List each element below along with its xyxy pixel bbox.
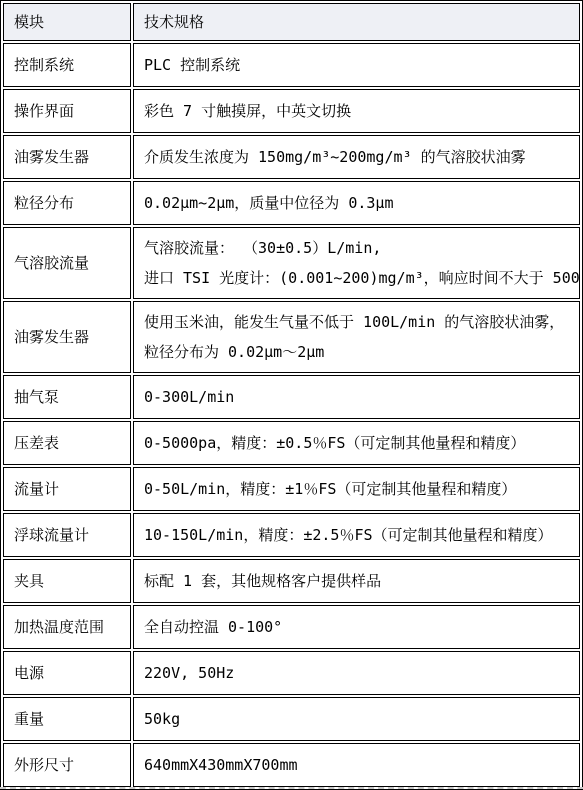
spec-line: 气溶胶流量： （30±0.5）L/min, <box>144 233 569 263</box>
spec-line: 进口 TSI 光度计：(0.001~200)mg/m³，响应时间不大于 500m… <box>144 263 569 293</box>
spec-line: 介质发生浓度为 150mg/m³~200mg/m³ 的气溶胶状油雾 <box>144 146 569 169</box>
module-cell: 粒径分布 <box>3 181 131 225</box>
table-row: 操作界面彩色 7 寸触摸屏，中英文切换 <box>3 89 580 133</box>
module-cell: 油雾发生器 <box>3 135 131 179</box>
module-cell: 浮球流量计 <box>3 513 131 557</box>
table-row: 重量50kg <box>3 697 580 741</box>
spec-line: 0-50L/min，精度：±1％FS（可定制其他量程和精度） <box>144 478 569 501</box>
spec-cell: 标配 1 套，其他规格客户提供样品 <box>133 559 580 603</box>
spec-line: 使用玉米油，能发生气量不低于 100L/min 的气溶胶状油雾， <box>144 307 569 337</box>
spec-line: 标配 1 套，其他规格客户提供样品 <box>144 570 569 593</box>
table-row: 浮球流量计10-150L/min，精度：±2.5％FS（可定制其他量程和精度） <box>3 513 580 557</box>
table-row: 控制系统PLC 控制系统 <box>3 43 580 87</box>
spec-line: 640mmX430mmX700mm <box>144 754 569 777</box>
module-cell: 操作界面 <box>3 89 131 133</box>
spec-table-body: 模块 技术规格 控制系统PLC 控制系统操作界面彩色 7 寸触摸屏，中英文切换油… <box>3 3 580 787</box>
module-cell: 流量计 <box>3 467 131 511</box>
spec-line: 50kg <box>144 708 569 731</box>
spec-cell: 气溶胶流量： （30±0.5）L/min,进口 TSI 光度计：(0.001~2… <box>133 227 580 299</box>
spec-line: PLC 控制系统 <box>144 54 569 77</box>
spec-line: 10-150L/min，精度：±2.5％FS（可定制其他量程和精度） <box>144 524 569 547</box>
header-spec-cell: 技术规格 <box>133 3 580 41</box>
spec-table: 模块 技术规格 控制系统PLC 控制系统操作界面彩色 7 寸触摸屏，中英文切换油… <box>0 0 583 790</box>
spec-cell: 50kg <box>133 697 580 741</box>
module-cell: 控制系统 <box>3 43 131 87</box>
table-row: 流量计0-50L/min，精度：±1％FS（可定制其他量程和精度） <box>3 467 580 511</box>
module-cell: 抽气泵 <box>3 375 131 419</box>
module-cell: 外形尺寸 <box>3 743 131 787</box>
spec-cell: 640mmX430mmX700mm <box>133 743 580 787</box>
module-cell: 夹具 <box>3 559 131 603</box>
header-module-cell: 模块 <box>3 3 131 41</box>
module-cell: 气溶胶流量 <box>3 227 131 299</box>
spec-line: 220V, 50Hz <box>144 662 569 685</box>
spec-line: 彩色 7 寸触摸屏，中英文切换 <box>144 100 569 123</box>
spec-cell: 0-5000pa，精度：±0.5％FS（可定制其他量程和精度） <box>133 421 580 465</box>
spec-cell: 0-50L/min，精度：±1％FS（可定制其他量程和精度） <box>133 467 580 511</box>
spec-line: 0-300L/min <box>144 386 569 409</box>
table-row: 夹具标配 1 套，其他规格客户提供样品 <box>3 559 580 603</box>
table-row: 抽气泵0-300L/min <box>3 375 580 419</box>
table-header-row: 模块 技术规格 <box>3 3 580 41</box>
module-cell: 电源 <box>3 651 131 695</box>
table-row: 电源220V, 50Hz <box>3 651 580 695</box>
table-row: 外形尺寸640mmX430mmX700mm <box>3 743 580 787</box>
spec-sheet-page: 模块 技术规格 控制系统PLC 控制系统操作界面彩色 7 寸触摸屏，中英文切换油… <box>0 0 583 790</box>
spec-cell: 220V, 50Hz <box>133 651 580 695</box>
spec-cell: 彩色 7 寸触摸屏，中英文切换 <box>133 89 580 133</box>
table-row: 压差表0-5000pa，精度：±0.5％FS（可定制其他量程和精度） <box>3 421 580 465</box>
spec-line: 全自动控温 0-100° <box>144 616 569 639</box>
table-row: 气溶胶流量气溶胶流量： （30±0.5）L/min,进口 TSI 光度计：(0.… <box>3 227 580 299</box>
module-cell: 加热温度范围 <box>3 605 131 649</box>
module-cell: 重量 <box>3 697 131 741</box>
table-row: 油雾发生器介质发生浓度为 150mg/m³~200mg/m³ 的气溶胶状油雾 <box>3 135 580 179</box>
spec-line: 0-5000pa，精度：±0.5％FS（可定制其他量程和精度） <box>144 432 569 455</box>
spec-cell: 使用玉米油，能发生气量不低于 100L/min 的气溶胶状油雾，粒径分布为 0.… <box>133 301 580 373</box>
spec-line: 粒径分布为 0.02μm～2μm <box>144 337 569 367</box>
spec-cell: 10-150L/min，精度：±2.5％FS（可定制其他量程和精度） <box>133 513 580 557</box>
spec-cell: 全自动控温 0-100° <box>133 605 580 649</box>
module-cell: 油雾发生器 <box>3 301 131 373</box>
spec-cell: 0.02μm~2μm，质量中位径为 0.3μm <box>133 181 580 225</box>
table-row: 加热温度范围全自动控温 0-100° <box>3 605 580 649</box>
table-row: 粒径分布0.02μm~2μm，质量中位径为 0.3μm <box>3 181 580 225</box>
spec-cell: PLC 控制系统 <box>133 43 580 87</box>
spec-cell: 0-300L/min <box>133 375 580 419</box>
spec-cell: 介质发生浓度为 150mg/m³~200mg/m³ 的气溶胶状油雾 <box>133 135 580 179</box>
spec-line: 0.02μm~2μm，质量中位径为 0.3μm <box>144 192 569 215</box>
page-bottom-dashed-line <box>0 787 583 789</box>
module-cell: 压差表 <box>3 421 131 465</box>
table-row: 油雾发生器使用玉米油，能发生气量不低于 100L/min 的气溶胶状油雾，粒径分… <box>3 301 580 373</box>
